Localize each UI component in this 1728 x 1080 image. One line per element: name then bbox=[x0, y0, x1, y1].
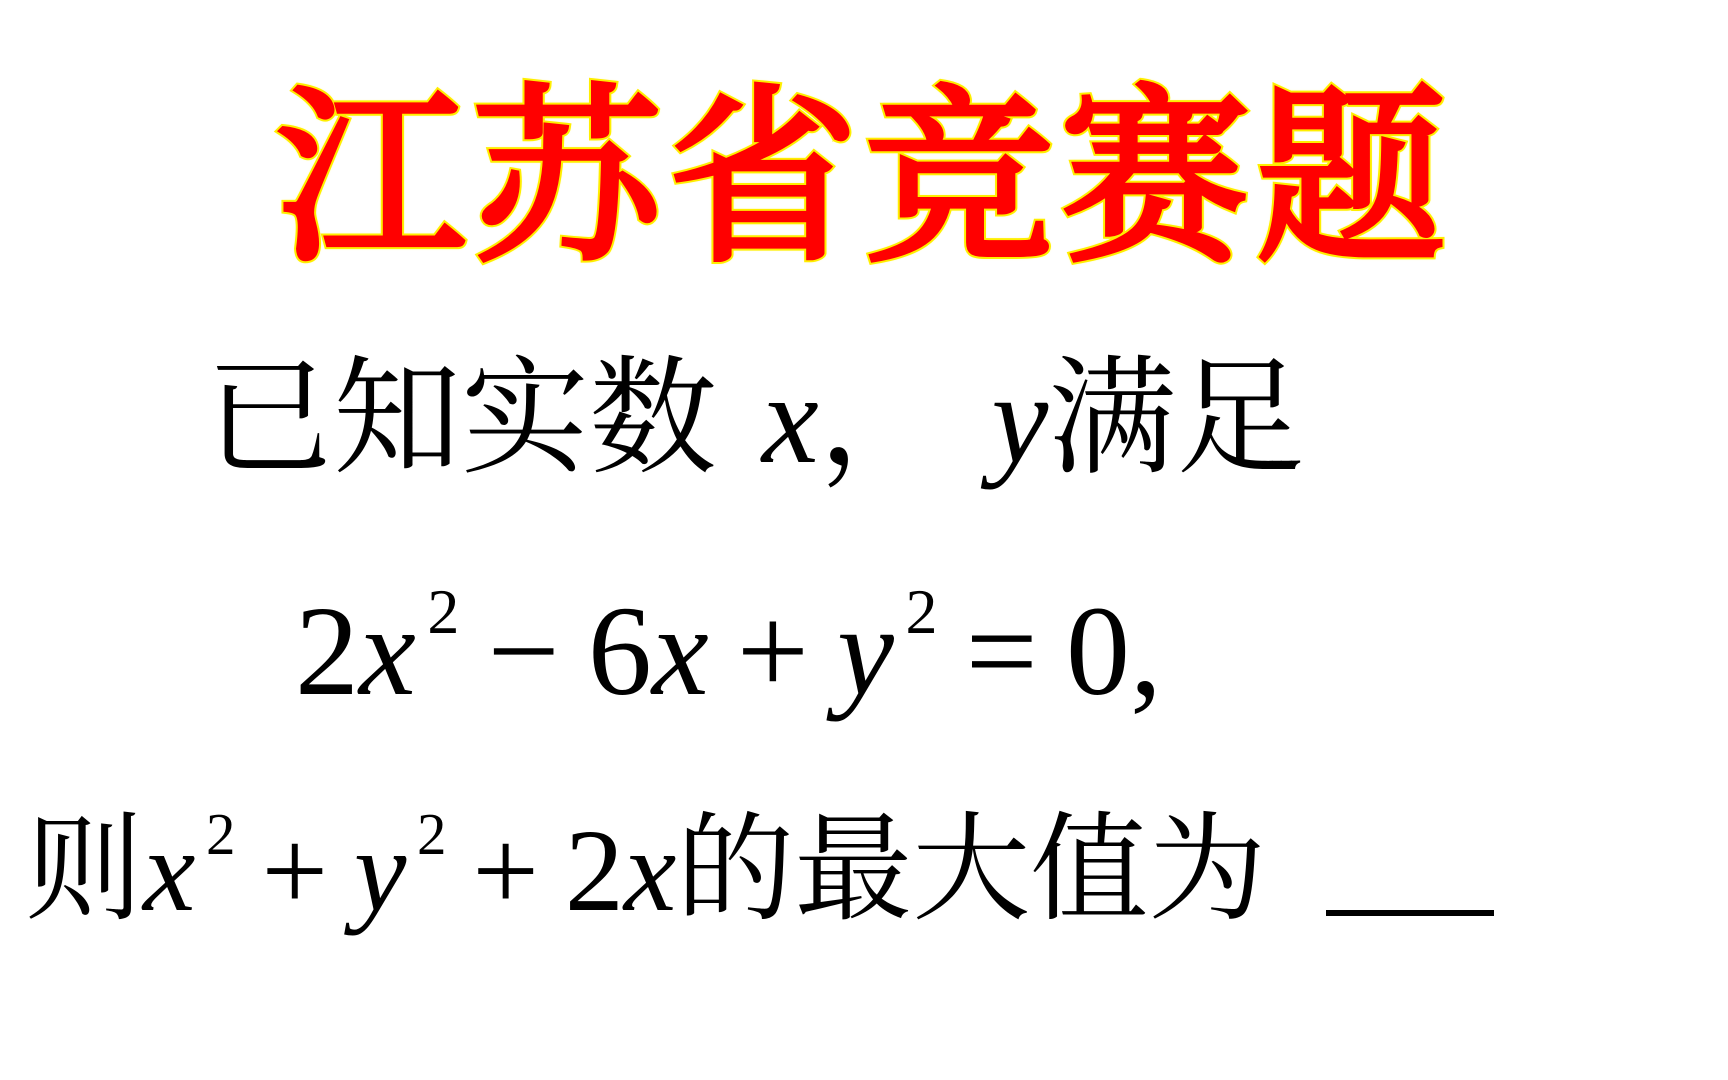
exponent: 2 bbox=[195, 801, 235, 867]
problem-condition-line: 已知实数x，y满足 bbox=[205, 355, 1304, 483]
exponent: 2 bbox=[416, 576, 460, 647]
page-title: 江苏省竞赛题 bbox=[0, 78, 1728, 278]
comma: , bbox=[1130, 580, 1162, 722]
exponent: 2 bbox=[406, 801, 446, 867]
variable-y: y bbox=[354, 805, 406, 936]
coefficient: 6 bbox=[588, 580, 652, 722]
question-suffix: 的最大值为 bbox=[676, 800, 1266, 938]
variable-x: x bbox=[143, 805, 195, 936]
plus-operator: + bbox=[709, 580, 838, 722]
plus-operator: + bbox=[236, 805, 354, 936]
coefficient: 2 bbox=[565, 805, 624, 936]
question-prefix: 则 bbox=[25, 800, 143, 938]
variable-x: x bbox=[359, 580, 416, 722]
comma: ， bbox=[819, 344, 947, 493]
answer-blank bbox=[1326, 910, 1494, 916]
question-line: 则x2+y2+2x的最大值为 bbox=[25, 805, 1494, 930]
variable-x: x bbox=[652, 580, 709, 722]
equals-operator: = bbox=[937, 580, 1066, 722]
minus-operator: − bbox=[459, 580, 588, 722]
condition-suffix: 满足 bbox=[1048, 344, 1304, 493]
equation-line: 2x2−6x+y2=0, bbox=[295, 580, 1162, 715]
plus-operator: + bbox=[446, 805, 564, 936]
rhs-value: 0 bbox=[1066, 580, 1130, 722]
coefficient: 2 bbox=[295, 580, 359, 722]
variable-x: x bbox=[624, 805, 676, 936]
variable-y: y bbox=[991, 348, 1048, 490]
variable-x: x bbox=[762, 348, 819, 490]
variable-y: y bbox=[837, 580, 894, 722]
condition-prefix: 已知实数 bbox=[205, 344, 717, 493]
exponent: 2 bbox=[894, 576, 938, 647]
